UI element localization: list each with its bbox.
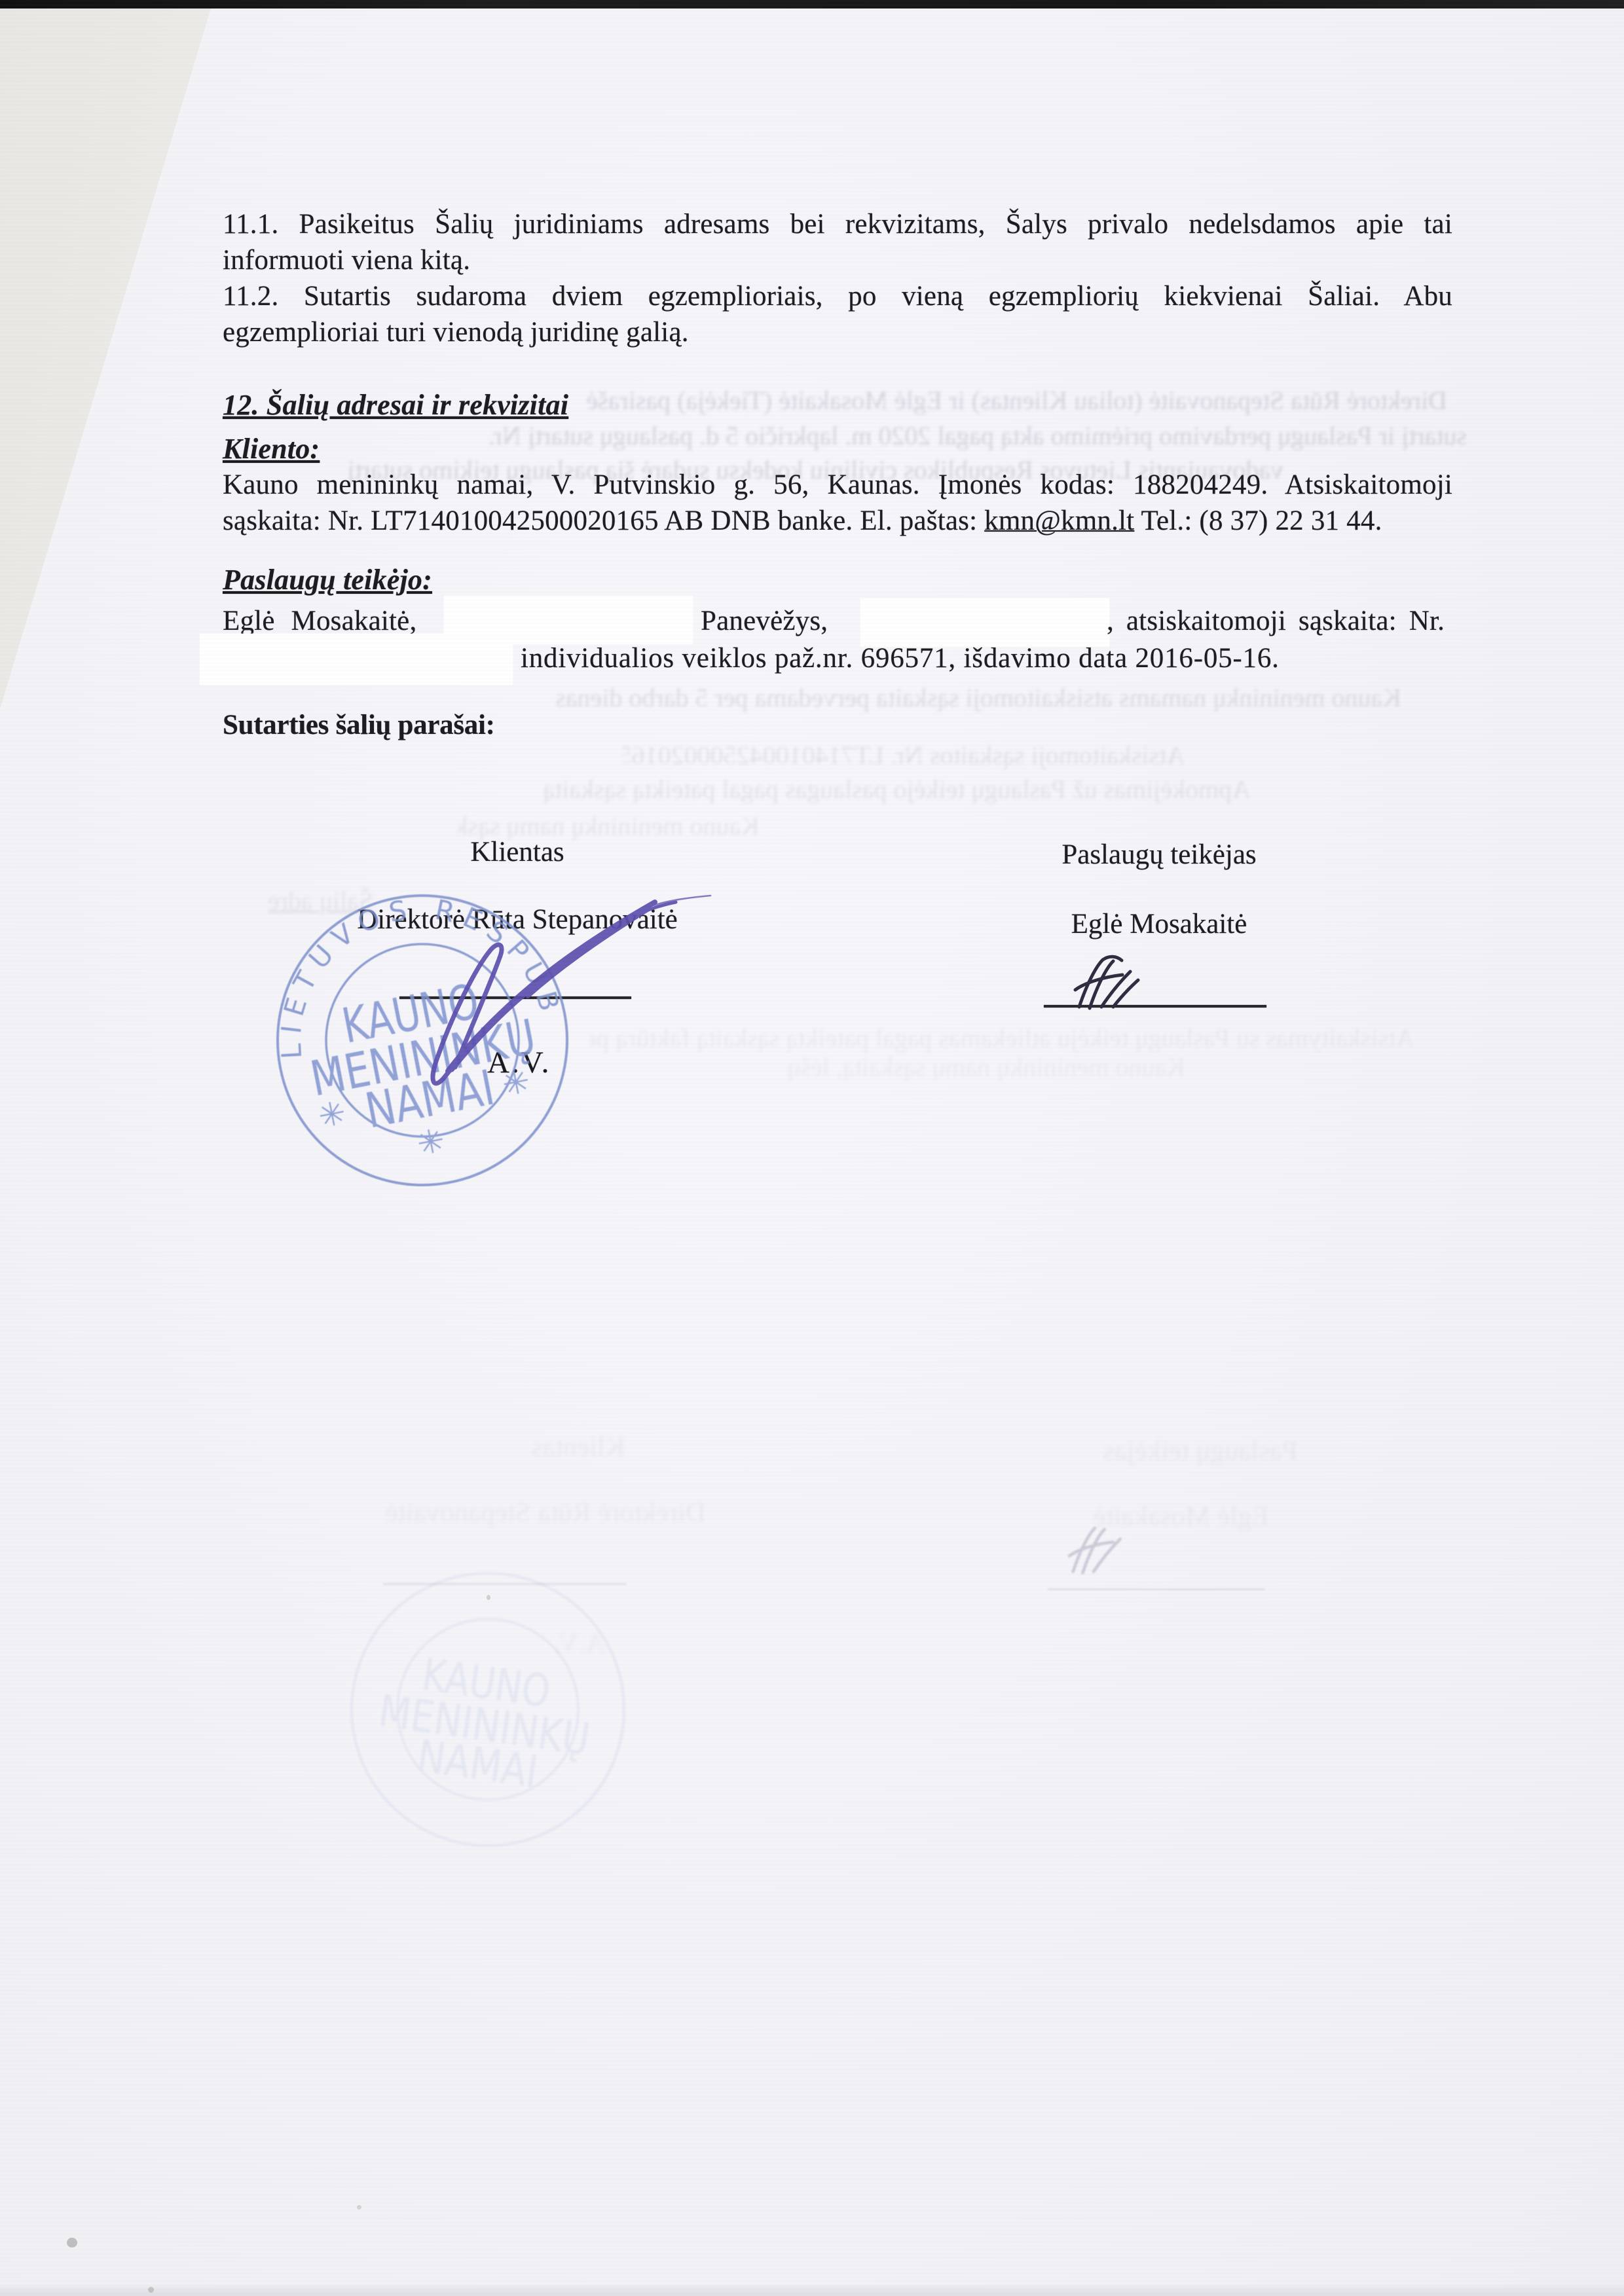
client-email: kmn@kmn.lt (984, 505, 1134, 536)
clause-11-1-line1: 11.1. Pasikeitus Šalių juridiniams adres… (223, 208, 1452, 242)
provider-city: Panevėžys, (701, 605, 828, 637)
ghost-text-line: sutartį ir Paslaugų perdavimo priėmimo a… (367, 420, 1467, 451)
ghost-client-role: Klientas (481, 1431, 625, 1463)
dust-speck (67, 2238, 77, 2248)
provider-signatory-name: Eglė Mosakaitė (864, 908, 1454, 940)
ghost-text-line: Direktorė Rūta Stepanovaitė (toliau Klie… (557, 385, 1447, 416)
client-role-label: Klientas (223, 836, 812, 868)
scanner-bottom-strip (0, 2285, 1624, 2296)
dust-speck (148, 2287, 154, 2293)
provider-account-intro: , atsiskaitomoji sąskaita: Nr. (1107, 605, 1445, 637)
provider-label: Paslaugų teikėjo: (223, 563, 432, 597)
dust-speck (357, 2205, 361, 2210)
ghost-text-line: Apmokėjimas už Paslaugų teikėjo paslauga… (458, 774, 1251, 805)
ghost-text-line: Kauno menininkų namams atsiskaitomoji są… (557, 682, 1401, 713)
ghost-signature-line (1048, 1588, 1265, 1590)
provider-name: Eglė Mosakaitė, (223, 605, 416, 637)
clause-11-2-line2: egzemplioriai turi vienodą juridinę gali… (223, 316, 1452, 350)
signatures-heading: Sutarties šalių parašai: (223, 709, 495, 742)
client-label: Kliento: (223, 432, 320, 466)
redaction-box-account-number (200, 634, 513, 685)
redaction-box-personal-code (860, 598, 1109, 647)
scanner-edge-strip (0, 0, 1624, 9)
clause-11-1-line2: informuoti viena kitą. (223, 244, 1452, 278)
provider-details-line2: individualios veiklos paž.nr. 696571, iš… (521, 642, 1280, 674)
paper-corner-backdrop (0, 9, 211, 709)
ghost-client-name: Direktorė Rūta Stepanovaitė (365, 1497, 706, 1529)
clause-11-2-line1: 11.2. Sutartis sudaroma dviem egzemplior… (223, 280, 1452, 314)
provider-role-label: Paslaugų teikėjas (864, 839, 1454, 871)
ghost-text-line: Atsiskaitomoji sąskaitos Nr. LT714010042… (622, 740, 1185, 771)
section-12-heading: 12. Šalių adresai ir rekvizitai (223, 388, 568, 422)
client-signature-ink (393, 864, 733, 1205)
ghost-round-stamp: KAUNO MENININKŲ NAMAI (347, 1569, 629, 1850)
ghost-provider-role: Paslaugų teikėjas (1062, 1435, 1298, 1467)
ghost-provider-signature (1062, 1518, 1141, 1580)
client-line2-post: Tel.: (8 37) 22 31 44. (1134, 505, 1382, 536)
scanned-contract-page: Direktorė Rūta Stepanovaitė (toliau Klie… (0, 0, 1624, 2296)
provider-signature-ink (1067, 949, 1153, 1015)
client-line2-pre: sąskaita: Nr. LT714010042500020165 AB DN… (223, 505, 984, 536)
client-details-line1: Kauno menininkų namai, V. Putvinskio g. … (223, 469, 1452, 502)
client-details-line2: sąskaita: Nr. LT714010042500020165 AB DN… (223, 505, 1452, 538)
